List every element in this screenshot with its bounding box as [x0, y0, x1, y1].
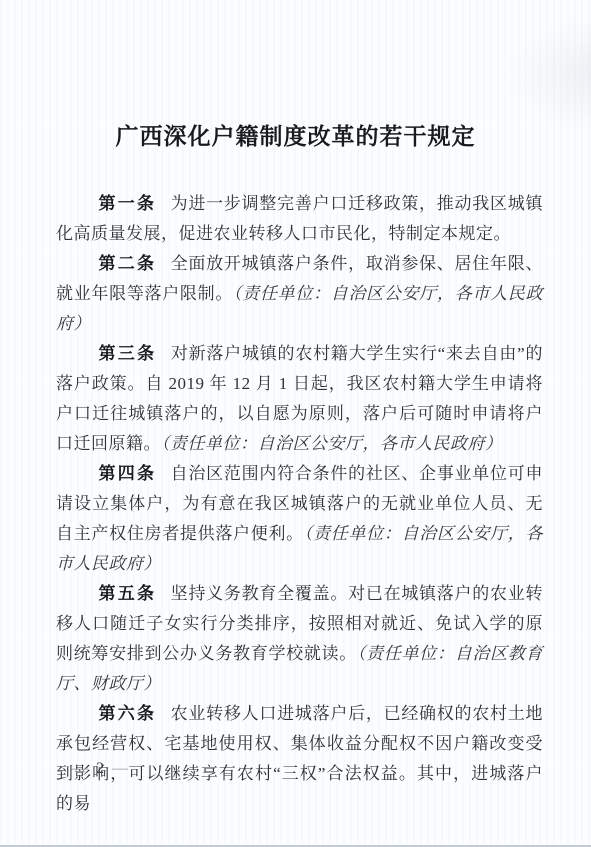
article-2: 第二条全面放开城镇落户条件，取消参保、居住年限、就业年限等落户限制。（责任单位：…	[56, 249, 543, 339]
article-6-number: 第六条	[99, 704, 157, 723]
footer-right-dash: —	[112, 760, 130, 777]
document-title: 广西深化户籍制度改革的若干规定	[0, 0, 591, 154]
article-5-number: 第五条	[99, 584, 157, 603]
article-3: 第三条对新落户城镇的农村籍大学生实行“来去自由”的落户政策。自 2019 年 1…	[56, 339, 543, 459]
page-number-footer: — 2 —	[72, 760, 130, 778]
article-1: 第一条为进一步调整完善户口迁移政策，推动我区城镇化高质量发展，促进农业转移人口市…	[56, 189, 543, 249]
article-6: 第六条农业转移人口进城落户后，已经确权的农村土地承包经营权、宅基地使用权、集体收…	[56, 699, 543, 819]
article-2-number: 第二条	[99, 254, 157, 273]
article-4-number: 第四条	[99, 464, 157, 483]
article-3-number: 第三条	[99, 344, 157, 363]
page-number: 2	[96, 760, 106, 777]
document-page: 广西深化户籍制度改革的若干规定 第一条为进一步调整完善户口迁移政策，推动我区城镇…	[0, 0, 591, 847]
document-body: 第一条为进一步调整完善户口迁移政策，推动我区城镇化高质量发展，促进农业转移人口市…	[0, 154, 591, 819]
article-3-responsible-unit: （责任单位：自治区公安厅，各市人民政府）	[161, 434, 503, 453]
article-5: 第五条坚持义务教育全覆盖。对已在城镇落户的农业转移人口随迁子女实行分类排序，按照…	[56, 579, 543, 699]
footer-left-dash: —	[72, 760, 90, 777]
article-4: 第四条自治区范围内符合条件的社区、企事业单位可申请设立集体户，为有意在我区城镇落…	[56, 459, 543, 579]
article-1-number: 第一条	[99, 194, 157, 213]
